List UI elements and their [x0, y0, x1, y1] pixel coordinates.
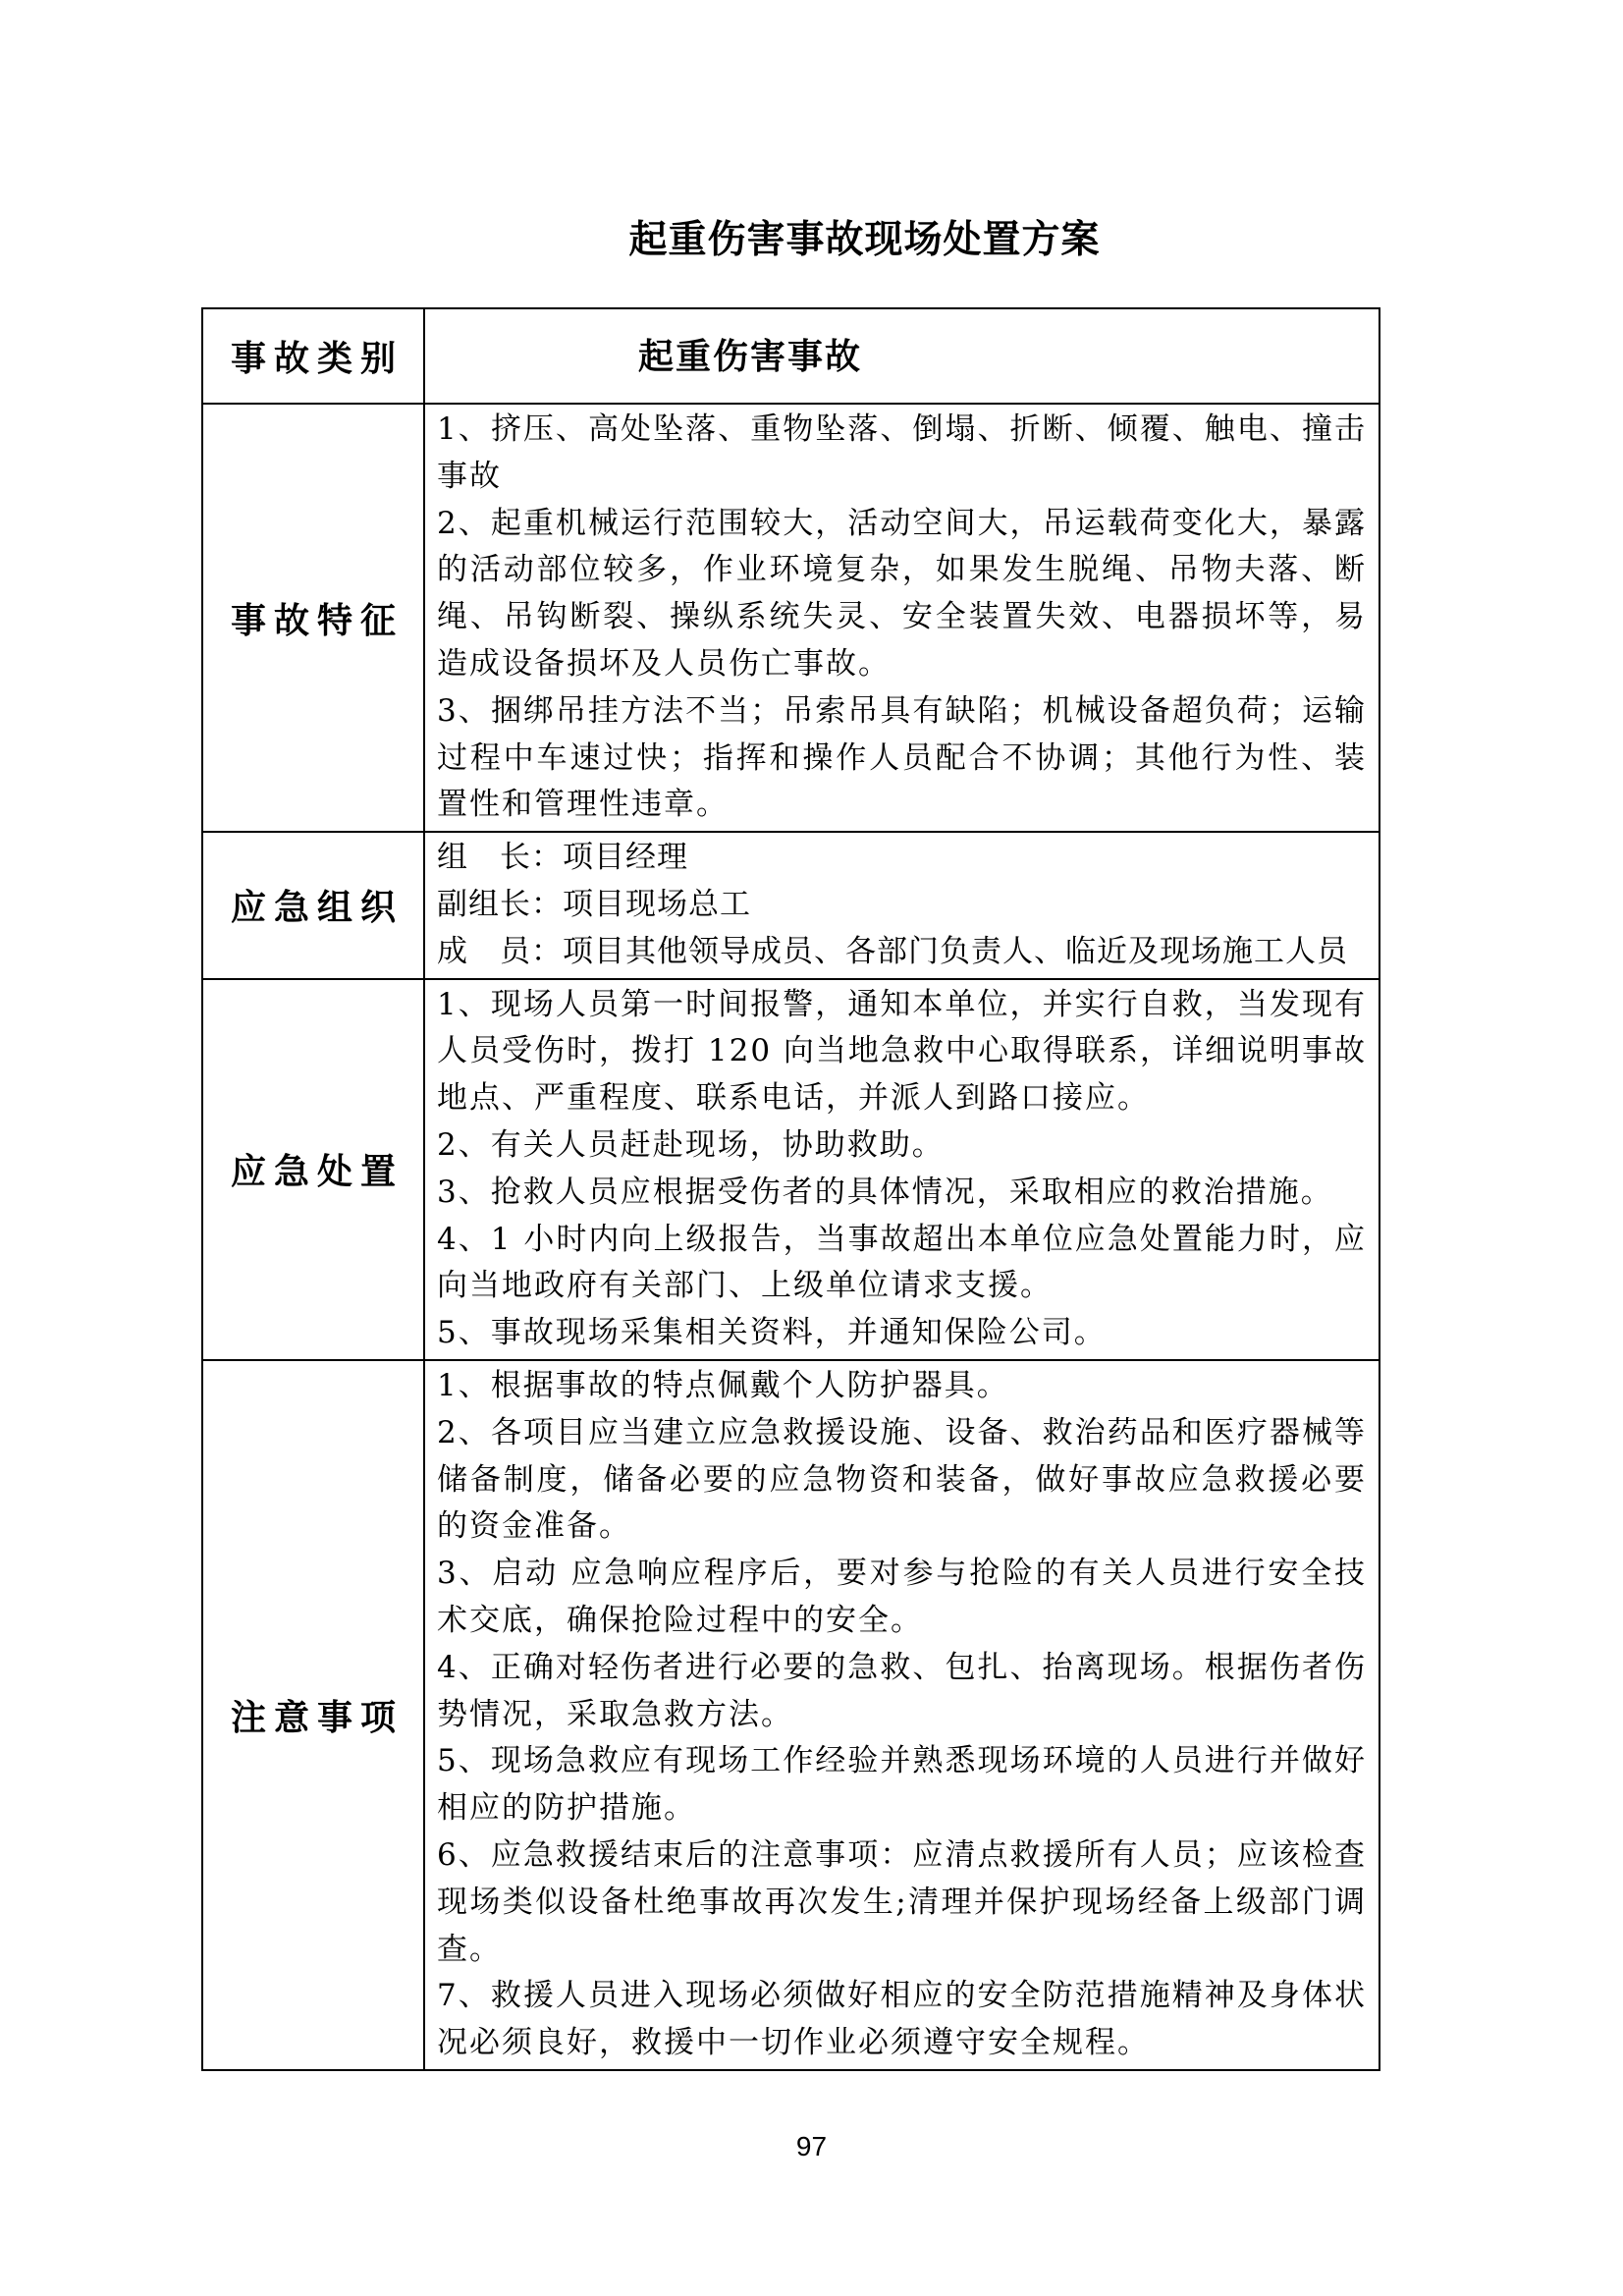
page-number: 97	[0, 2131, 1623, 2162]
table-row-precautions: 注意事项 1、根据事故的特点佩戴个人防护器具。 2、各项目应当建立应急救援设施、…	[202, 1360, 1380, 2070]
table-row-accident-category: 事故类别 起重伤害事故	[202, 308, 1380, 404]
row-label-emergency-organization: 应急组织	[202, 832, 424, 978]
emergency-organization-cell: 组 长：项目经理 副组长：项目现场总工 成 员：项目其他领导成员、各部门负责人、…	[424, 832, 1380, 978]
precaution-item-7: 7、救援人员进入现场必须做好相应的安全防范措施精神及身体状况必须良好，救援中一切…	[437, 1973, 1367, 2067]
feature-item-2: 2、起重机械运行范围较大，活动空间大，吊运载荷变化大，暴露的活动部位较多，作业环…	[437, 501, 1367, 688]
precautions-cell: 1、根据事故的特点佩戴个人防护器具。 2、各项目应当建立应急救援设施、设备、救治…	[424, 1360, 1380, 2070]
response-item-4: 4、1 小时内向上级报告，当事故超出本单位应急处置能力时，应向当地政府有关部门、…	[437, 1217, 1367, 1311]
precaution-item-1: 1、根据事故的特点佩戴个人防护器具。	[437, 1363, 1367, 1410]
accident-features-cell: 1、挤压、高处坠落、重物坠落、倒塌、折断、倾覆、触电、撞击事故 2、起重机械运行…	[424, 404, 1380, 832]
response-item-2: 2、有关人员赶赴现场，协助救助。	[437, 1122, 1367, 1170]
table-row-accident-features: 事故特征 1、挤压、高处坠落、重物坠落、倒塌、折断、倾覆、触电、撞击事故 2、起…	[202, 404, 1380, 832]
document-page: { "document": { "title": "起重伤害事故现场处置方案",…	[0, 0, 1623, 2296]
accident-category-cell: 起重伤害事故	[424, 308, 1380, 404]
response-item-5: 5、事故现场采集相关资料，并通知保险公司。	[437, 1310, 1367, 1357]
row-label-accident-features: 事故特征	[202, 404, 424, 832]
response-item-1: 1、现场人员第一时间报警，通知本单位，并实行自救，当发现有人员受伤时，拨打 12…	[437, 982, 1367, 1122]
document-title: 起重伤害事故现场处置方案	[53, 218, 1623, 261]
row-label-emergency-response: 应急处置	[202, 979, 424, 1360]
feature-item-3: 3、捆绑吊挂方法不当；吊索吊具有缺陷；机械设备超负荷；运输过程中车速过快；指挥和…	[437, 688, 1367, 829]
row-label-precautions: 注意事项	[202, 1360, 424, 2070]
precaution-item-5: 5、现场急救应有现场工作经验并熟悉现场环境的人员进行并做好相应的防护措施。	[437, 1738, 1367, 1832]
precaution-item-2: 2、各项目应当建立应急救援设施、设备、救治药品和医疗器械等储备制度，储备必要的应…	[437, 1410, 1367, 1551]
incident-response-table: 事故类别 起重伤害事故 事故特征 1、挤压、高处坠落、重物坠落、倒塌、折断、倾覆…	[201, 307, 1380, 2071]
accident-category-value: 起重伤害事故	[437, 337, 1367, 376]
precaution-item-3: 3、启动 应急响应程序后，要对参与抢险的有关人员进行安全技术交底，确保抢险过程中…	[437, 1551, 1367, 1645]
precaution-item-6: 6、应急救援结束后的注意事项：应清点救援所有人员；应该检查现场类似设备杜绝事故再…	[437, 1832, 1367, 1973]
response-item-3: 3、抢救人员应根据受伤者的具体情况，采取相应的救治措施。	[437, 1170, 1367, 1217]
org-members-line: 成 员：项目其他领导成员、各部门负责人、临近及现场施工人员	[437, 929, 1367, 976]
feature-item-1: 1、挤压、高处坠落、重物坠落、倒塌、折断、倾覆、触电、撞击事故	[437, 407, 1367, 501]
org-deputy-leader-line: 副组长：项目现场总工	[437, 882, 1367, 929]
table-row-emergency-response: 应急处置 1、现场人员第一时间报警，通知本单位，并实行自救，当发现有人员受伤时，…	[202, 979, 1380, 1360]
row-label-accident-category: 事故类别	[202, 308, 424, 404]
org-leader-line: 组 长：项目经理	[437, 835, 1367, 882]
table-row-emergency-organization: 应急组织 组 长：项目经理 副组长：项目现场总工 成 员：项目其他领导成员、各部…	[202, 832, 1380, 978]
emergency-response-cell: 1、现场人员第一时间报警，通知本单位，并实行自救，当发现有人员受伤时，拨打 12…	[424, 979, 1380, 1360]
precaution-item-4: 4、正确对轻伤者进行必要的急救、包扎、抬离现场。根据伤者伤势情况，采取急救方法。	[437, 1645, 1367, 1739]
